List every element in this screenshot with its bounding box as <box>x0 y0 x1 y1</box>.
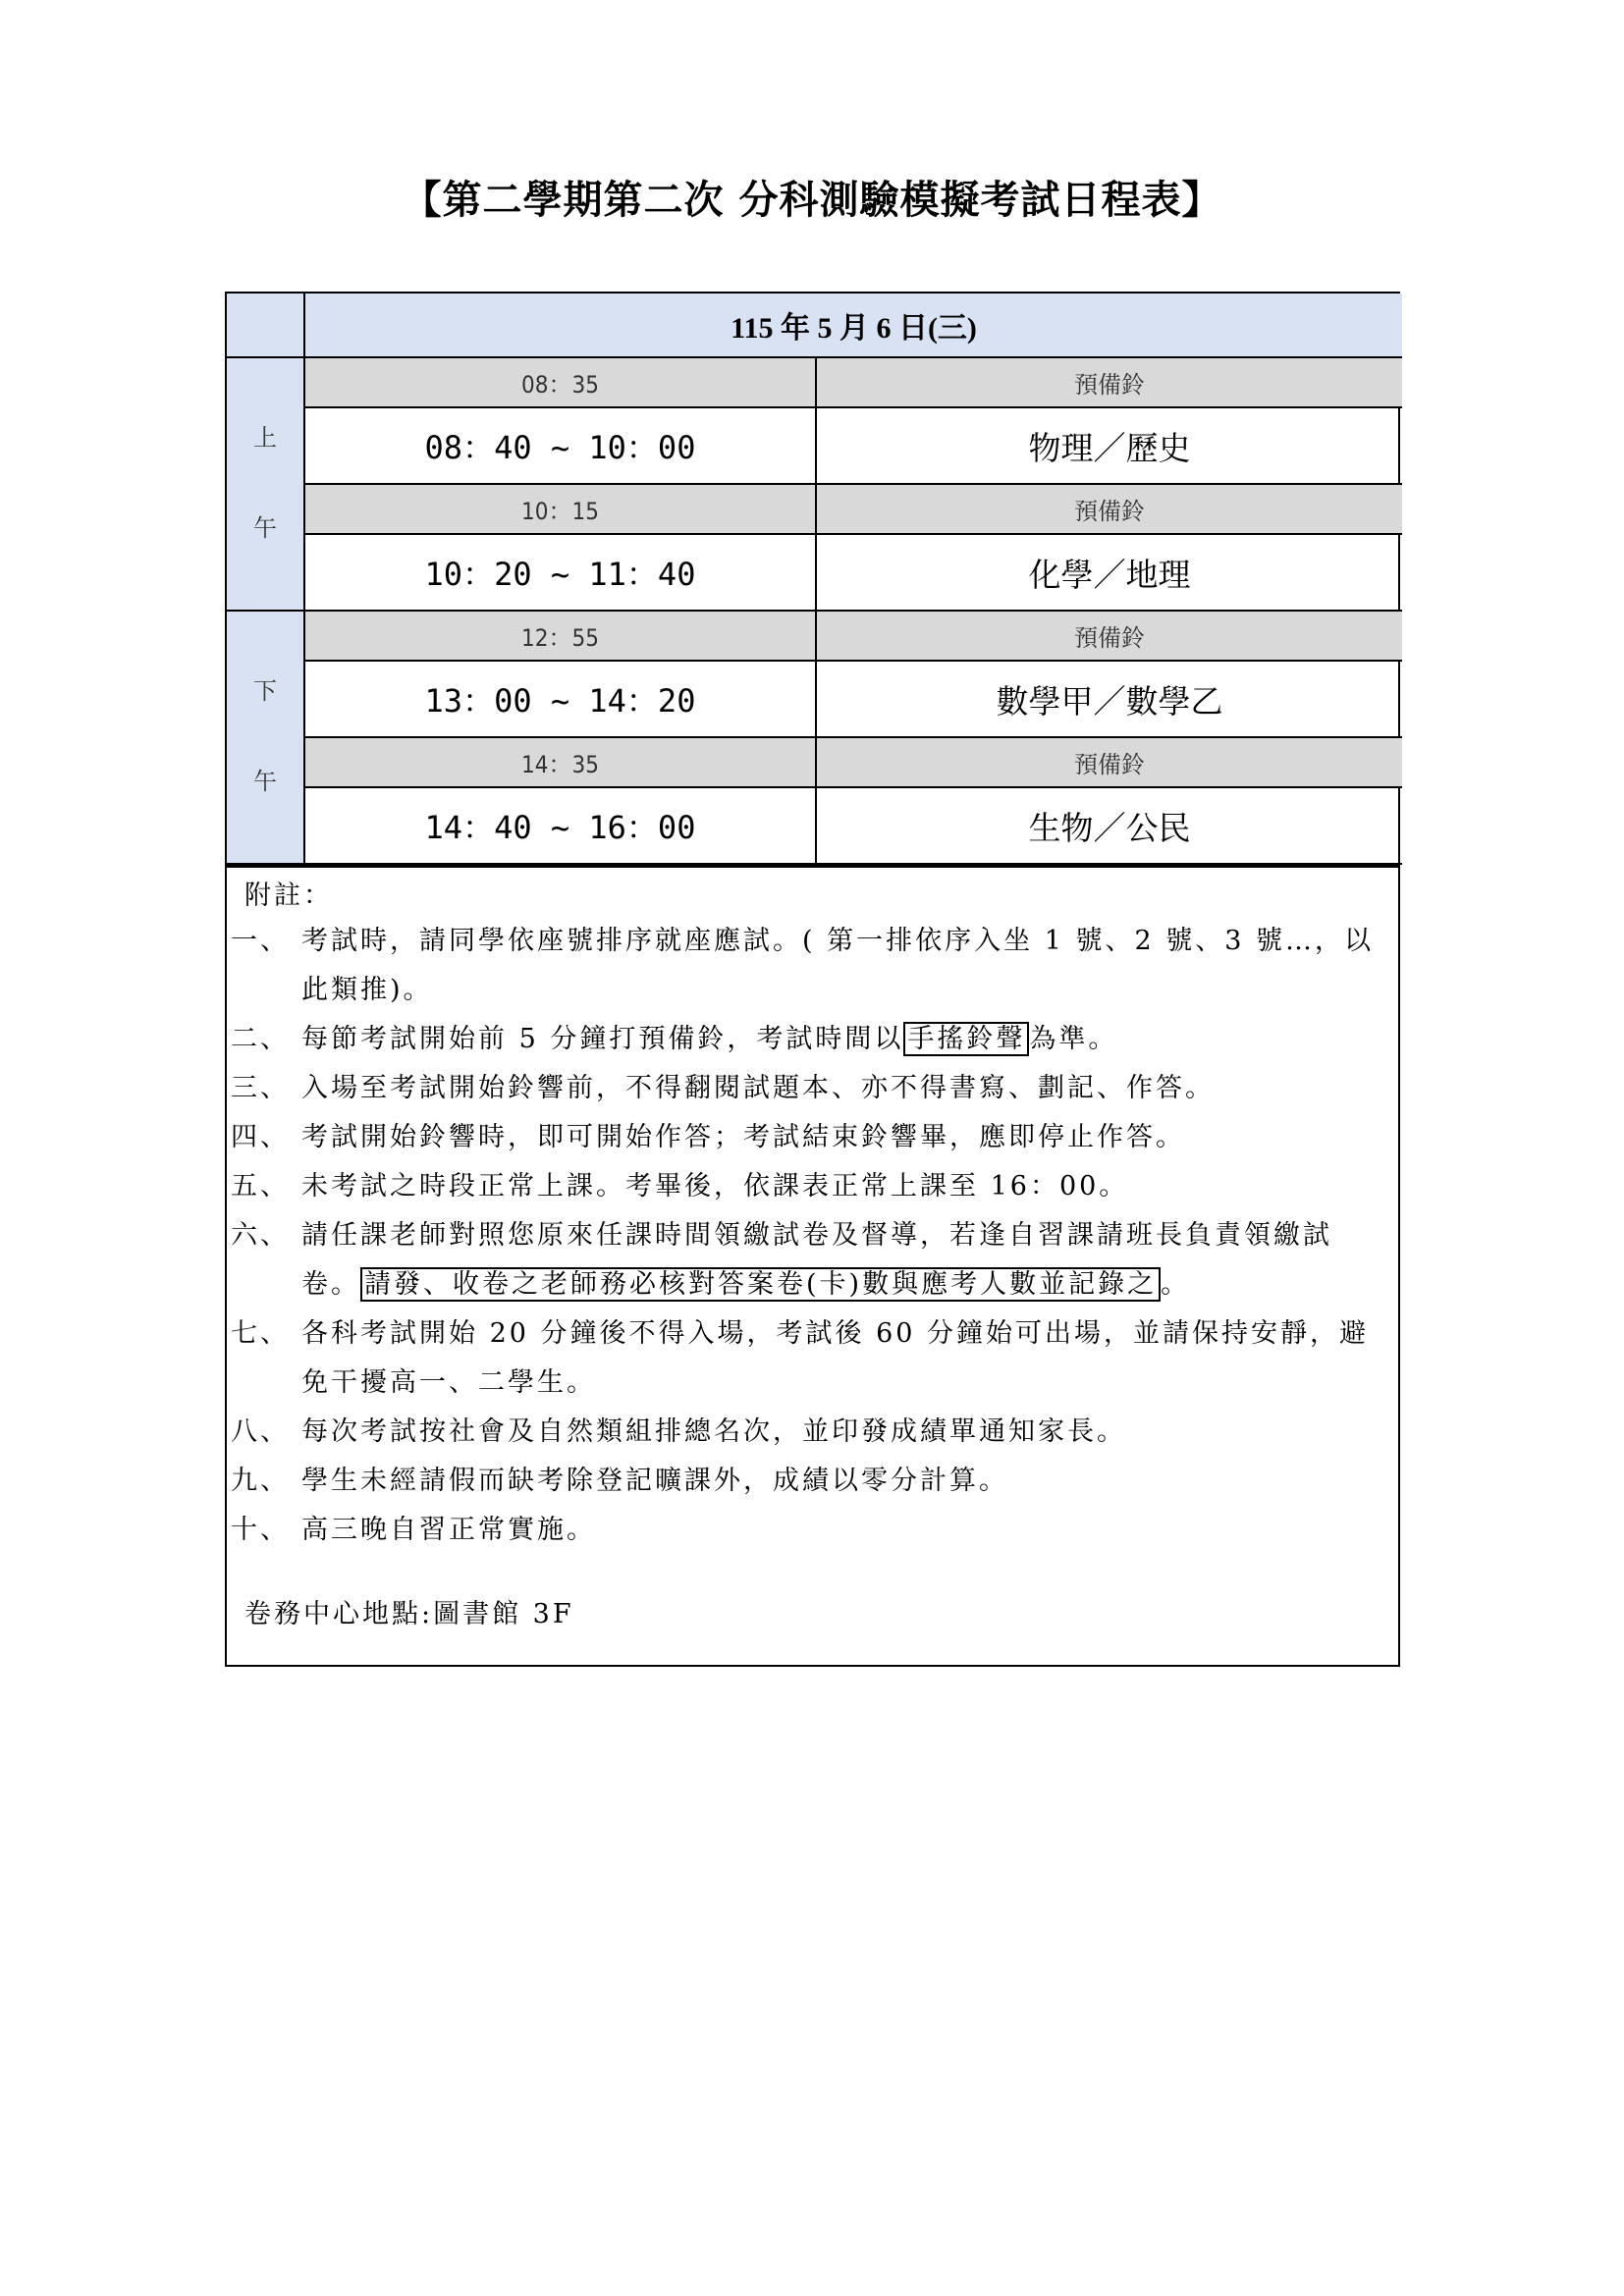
schedule-table: 115 年 5 月 6 日(三) 上 午 08：35 預備鈴 08：40 ~ 1… <box>227 294 1402 865</box>
note-item: 十、 高三晚自習正常實施。 <box>227 1506 1398 1555</box>
bell-time: 08：35 <box>304 357 816 407</box>
exam-time: 14：40 ~ 16：00 <box>304 787 816 864</box>
note-number: 八、 <box>231 1408 301 1457</box>
bell-label: 預備鈴 <box>816 357 1402 407</box>
period-char: 上 <box>227 416 303 461</box>
bell-label: 預備鈴 <box>816 611 1402 661</box>
bell-time: 14：35 <box>304 737 816 787</box>
exam-subject: 物理／歷史 <box>816 407 1402 484</box>
note-number: 九、 <box>231 1457 301 1506</box>
exam-row: 13：00 ~ 14：20 數學甲／數學乙 <box>227 661 1402 737</box>
note-text: 學生未經請假而缺考除登記曠課外，成績以零分計算。 <box>301 1457 1388 1506</box>
exam-row: 14：40 ~ 16：00 生物／公民 <box>227 787 1402 864</box>
note-number: 五、 <box>231 1162 301 1211</box>
note-text-part: 為準。 <box>1029 1024 1117 1054</box>
note-item: 三、 入場至考試開始鈴響前，不得翻閱試題本、亦不得書寫、劃記、作答。 <box>227 1064 1398 1113</box>
exam-row: 08：40 ~ 10：00 物理／歷史 <box>227 407 1402 484</box>
bell-row: 14：35 預備鈴 <box>227 737 1402 787</box>
boxed-emphasis: 手搖鈴聲 <box>903 1022 1029 1056</box>
exam-date: 115 年 5 月 6 日(三) <box>304 294 1402 357</box>
exam-time: 13：00 ~ 14：20 <box>304 661 816 737</box>
period-char: 午 <box>227 507 303 552</box>
note-number: 十、 <box>231 1506 301 1555</box>
note-text: 各科考試開始 20 分鐘後不得入場，考試後 60 分鐘始可出場，並請保持安靜，避… <box>301 1309 1388 1408</box>
exam-subject: 化學／地理 <box>816 534 1402 611</box>
note-number: 三、 <box>231 1064 301 1113</box>
exam-subject: 生物／公民 <box>816 787 1402 864</box>
exam-schedule-sheet: 115 年 5 月 6 日(三) 上 午 08：35 預備鈴 08：40 ~ 1… <box>225 292 1400 1667</box>
period-label-morning: 上 午 <box>227 357 304 611</box>
exam-time: 10：20 ~ 11：40 <box>304 534 816 611</box>
period-char: 下 <box>227 669 303 715</box>
bell-row: 10：15 預備鈴 <box>227 484 1402 534</box>
boxed-emphasis: 請發、收卷之老師務必核對答案卷(卡)數與應考人數並記錄之 <box>360 1267 1161 1302</box>
note-item: 一、 考試時，請同學依座號排序就座應試。( 第一排依序入坐 1 號、2 號、3 … <box>227 917 1398 1015</box>
exam-time: 08：40 ~ 10：00 <box>304 407 816 484</box>
note-number: 二、 <box>231 1015 301 1064</box>
note-text: 高三晚自習正常實施。 <box>301 1506 1388 1555</box>
bell-row: 上 午 08：35 預備鈴 <box>227 357 1402 407</box>
note-text: 每次考試按社會及自然類組排總名次，並印發成績單通知家長。 <box>301 1408 1388 1457</box>
bell-label: 預備鈴 <box>816 737 1402 787</box>
note-text-part: 。 <box>1161 1269 1190 1300</box>
exam-center-location: 卷務中心地點:圖書館 3F <box>227 1590 1398 1639</box>
period-char: 午 <box>227 760 303 805</box>
date-header-row: 115 年 5 月 6 日(三) <box>227 294 1402 357</box>
notes-heading: 附註： <box>227 880 1398 913</box>
note-number: 一、 <box>231 917 301 1015</box>
note-text: 考試時，請同學依座號排序就座應試。( 第一排依序入坐 1 號、2 號、3 號…，… <box>301 917 1388 1015</box>
period-label-afternoon: 下 午 <box>227 611 304 864</box>
page-title: 【第二學期第二次 分科測驗模擬考試日程表】 <box>0 169 1624 225</box>
note-text: 每節考試開始前 5 分鐘打預備鈴，考試時間以手搖鈴聲為準。 <box>301 1015 1388 1064</box>
note-number: 四、 <box>231 1113 301 1162</box>
notes-section: 附註： 一、 考試時，請同學依座號排序就座應試。( 第一排依序入坐 1 號、2 … <box>227 865 1398 1665</box>
note-item: 六、 請任課老師對照您原來任課時間領繳試卷及督導，若逢自習課請班長負責領繳試卷。… <box>227 1211 1398 1309</box>
note-number: 六、 <box>231 1211 301 1309</box>
note-item: 九、 學生未經請假而缺考除登記曠課外，成績以零分計算。 <box>227 1457 1398 1506</box>
note-text: 考試開始鈴響時，即可開始作答；考試結束鈴響畢，應即停止作答。 <box>301 1113 1388 1162</box>
bell-label: 預備鈴 <box>816 484 1402 534</box>
exam-row: 10：20 ~ 11：40 化學／地理 <box>227 534 1402 611</box>
note-text: 未考試之時段正常上課。考畢後，依課表正常上課至 16：00。 <box>301 1162 1388 1211</box>
note-text-part: 每節考試開始前 5 分鐘打預備鈴，考試時間以 <box>301 1024 903 1054</box>
exam-subject: 數學甲／數學乙 <box>816 661 1402 737</box>
note-item: 四、 考試開始鈴響時，即可開始作答；考試結束鈴響畢，應即停止作答。 <box>227 1113 1398 1162</box>
note-item: 二、 每節考試開始前 5 分鐘打預備鈴，考試時間以手搖鈴聲為準。 <box>227 1015 1398 1064</box>
note-text: 入場至考試開始鈴響前，不得翻閱試題本、亦不得書寫、劃記、作答。 <box>301 1064 1388 1113</box>
note-number: 七、 <box>231 1309 301 1408</box>
note-text: 請任課老師對照您原來任課時間領繳試卷及督導，若逢自習課請班長負責領繳試卷。請發、… <box>301 1211 1388 1309</box>
note-item: 五、 未考試之時段正常上課。考畢後，依課表正常上課至 16：00。 <box>227 1162 1398 1211</box>
bell-row: 下 午 12：55 預備鈴 <box>227 611 1402 661</box>
corner-cell <box>227 294 304 357</box>
bell-time: 10：15 <box>304 484 816 534</box>
note-item: 八、 每次考試按社會及自然類組排總名次，並印發成績單通知家長。 <box>227 1408 1398 1457</box>
note-item: 七、 各科考試開始 20 分鐘後不得入場，考試後 60 分鐘始可出場，並請保持安… <box>227 1309 1398 1408</box>
bell-time: 12：55 <box>304 611 816 661</box>
